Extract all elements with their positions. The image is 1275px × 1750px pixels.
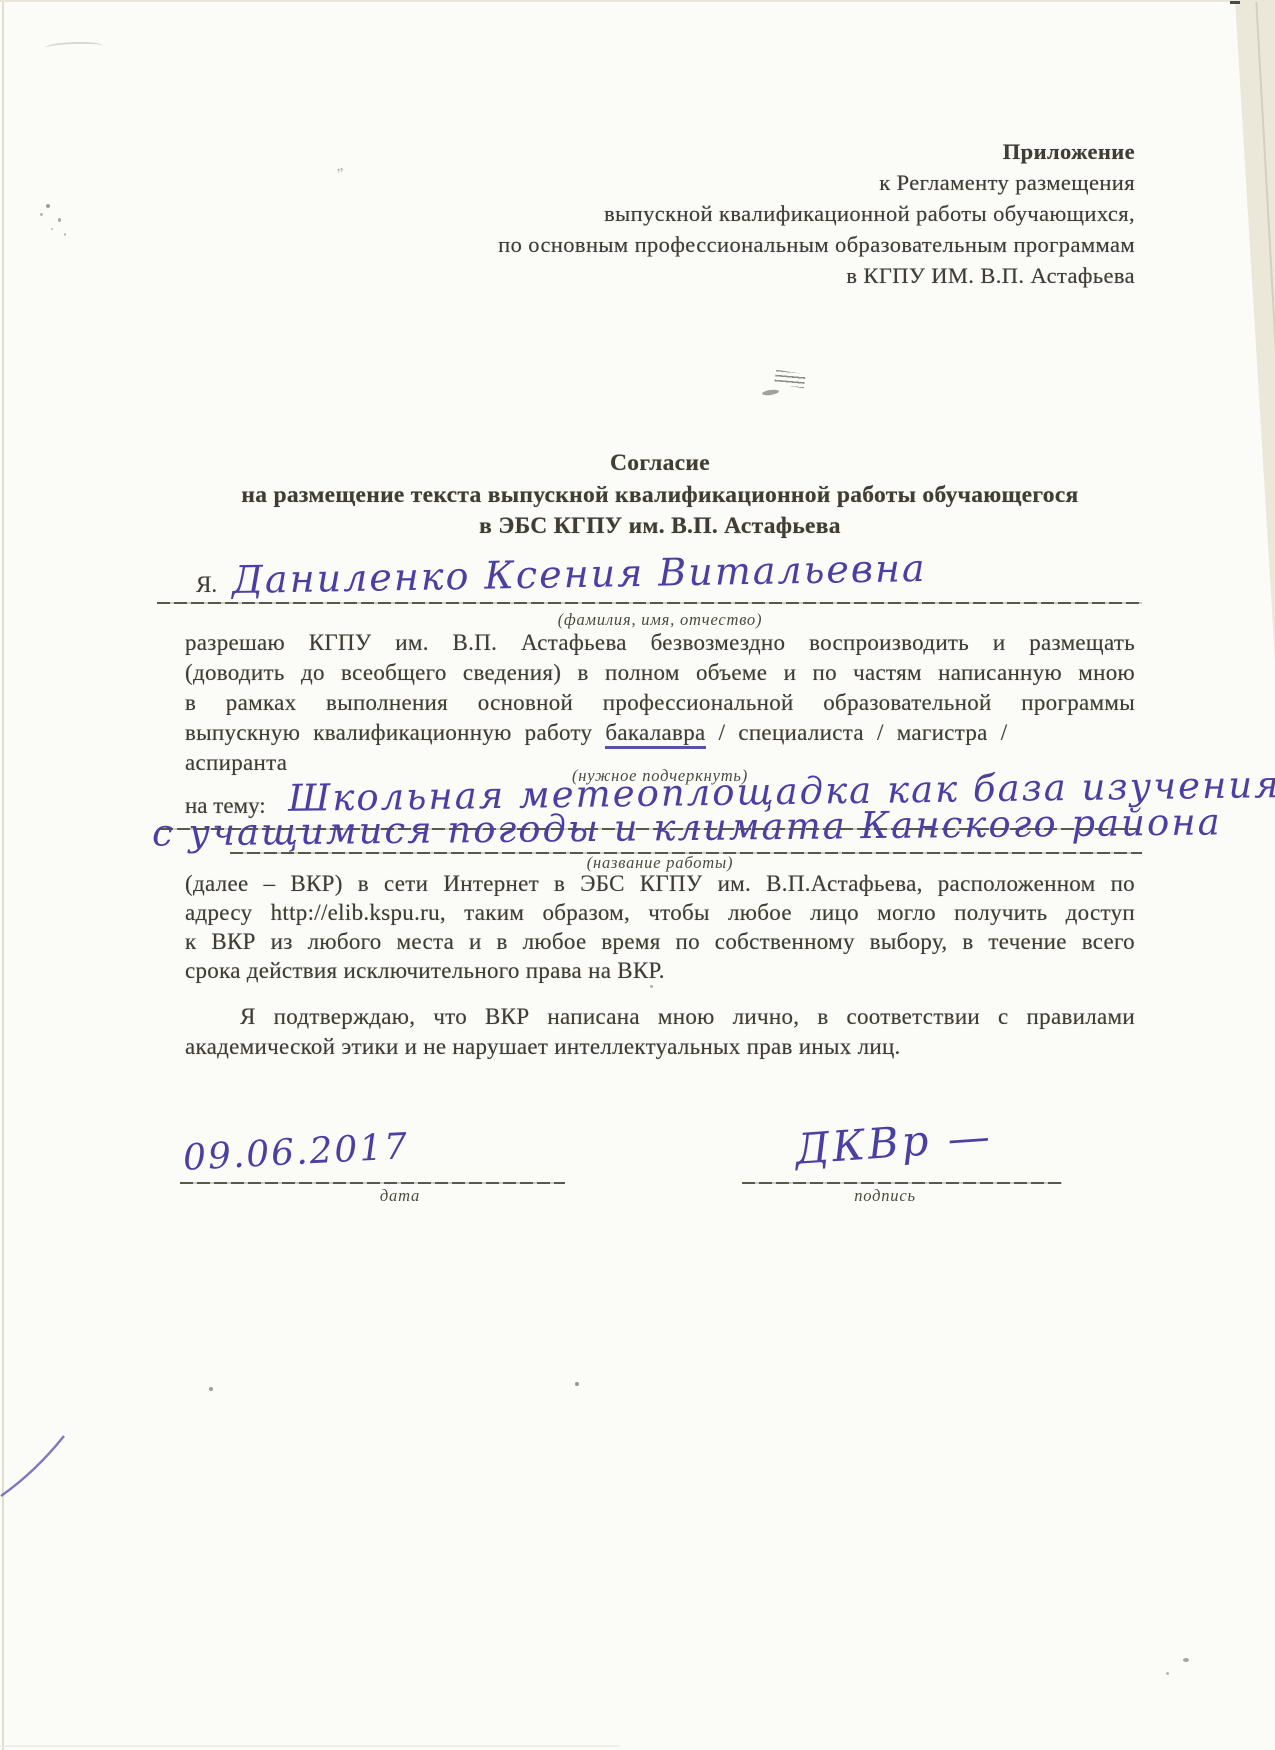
document-title: Согласие на размещение текста выпускной … [185, 448, 1135, 543]
pencil-scribble-artifact [45, 41, 103, 53]
degree-line-prefix: выпускную квалификационную работу [185, 720, 592, 745]
document-header: Приложение к Регламенту размещения выпус… [498, 136, 1135, 291]
degree-line-suffix: / специалиста / магистра / [719, 720, 1008, 745]
handwritten-date: 09.06.2017 [182, 1126, 410, 1179]
scan-speck [1166, 1672, 1169, 1675]
scan-speck [40, 213, 43, 216]
title-line: на размещение текста выпускной квалифика… [185, 480, 1135, 512]
date-underline [180, 1182, 565, 1184]
degree-underlined-word: бакалавра [605, 720, 705, 749]
header-line: в КГПУ ИМ. В.П. Астафьева [498, 260, 1135, 291]
scan-top-edge [0, 0, 1275, 2]
date-caption: дата [285, 1186, 515, 1206]
scan-speck [1183, 1658, 1189, 1662]
scan-corner-background [1235, 0, 1275, 660]
scan-speck [46, 204, 50, 208]
name-caption: (фамилия, имя, отчество) [185, 610, 1135, 630]
name-underline [157, 602, 1142, 604]
signature-caption: подпись [770, 1186, 1000, 1206]
scanned-consent-form-page: „ Приложение к Регламенту размещения вып… [0, 0, 1275, 1750]
paragraph-line: срока действия исключительного права на … [185, 956, 1135, 985]
pencil-tick-artifact: „ [334, 157, 344, 175]
header-line: Приложение [498, 136, 1135, 167]
paragraph-line: к ВКР из любого места и в любое время по… [185, 927, 1135, 956]
scan-speck [58, 218, 61, 222]
scan-speck [64, 233, 66, 236]
scan-speck [650, 985, 653, 988]
paragraph-line: адресу http://elib.kspu.ru, таким образо… [185, 898, 1135, 927]
header-line: выпускной квалификационной работы обучаю… [498, 198, 1135, 229]
paragraph-line: Я подтверждаю, что ВКР написана мною лич… [185, 1002, 1135, 1032]
ink-smudge-artifact [774, 370, 806, 389]
paragraph-line: (далее – ВКР) в сети Интернет в ЭБС КГПУ… [185, 869, 1135, 898]
header-line: по основным профессиональным образовател… [498, 229, 1135, 260]
handwritten-signature: ДКВр — [794, 1111, 995, 1174]
header-line: к Регламенту размещения [498, 167, 1135, 198]
ink-smudge-artifact [762, 389, 780, 396]
scan-bottom-edge [0, 1745, 620, 1747]
paragraph-line: разрешаю КГПУ им. В.П. Астафьева безвозм… [185, 628, 1135, 658]
paragraph-line-degrees: выпускную квалификационную работу бакала… [185, 718, 1135, 748]
scan-edge-mark [1230, 1, 1240, 4]
confirmation-paragraph: Я подтверждаю, что ВКР написана мною лич… [185, 1002, 1135, 1061]
scan-speck [209, 1387, 213, 1391]
scan-speck [575, 1382, 579, 1386]
permission-paragraph: разрешаю КГПУ им. В.П. Астафьева безвозм… [185, 628, 1135, 778]
scan-speck [51, 228, 53, 230]
internet-access-paragraph: (далее – ВКР) в сети Интернет в ЭБС КГПУ… [185, 869, 1135, 985]
title-line: в ЭБС КГПУ им. В.П. Астафьева [185, 511, 1135, 543]
stray-pen-stroke [0, 1422, 80, 1502]
paragraph-line: в рамках выполнения основной профессиона… [185, 688, 1135, 718]
title-line: Согласие [185, 448, 1135, 480]
handwritten-name: Даниленко Ксения Витальевна [232, 546, 927, 602]
paragraph-line: академической этики и не нарушает интелл… [185, 1032, 1135, 1062]
name-prefix-label: Я. [196, 572, 217, 598]
paragraph-line: (доводить до всеобщего сведения) в полно… [185, 658, 1135, 688]
signature-underline [742, 1182, 1062, 1184]
